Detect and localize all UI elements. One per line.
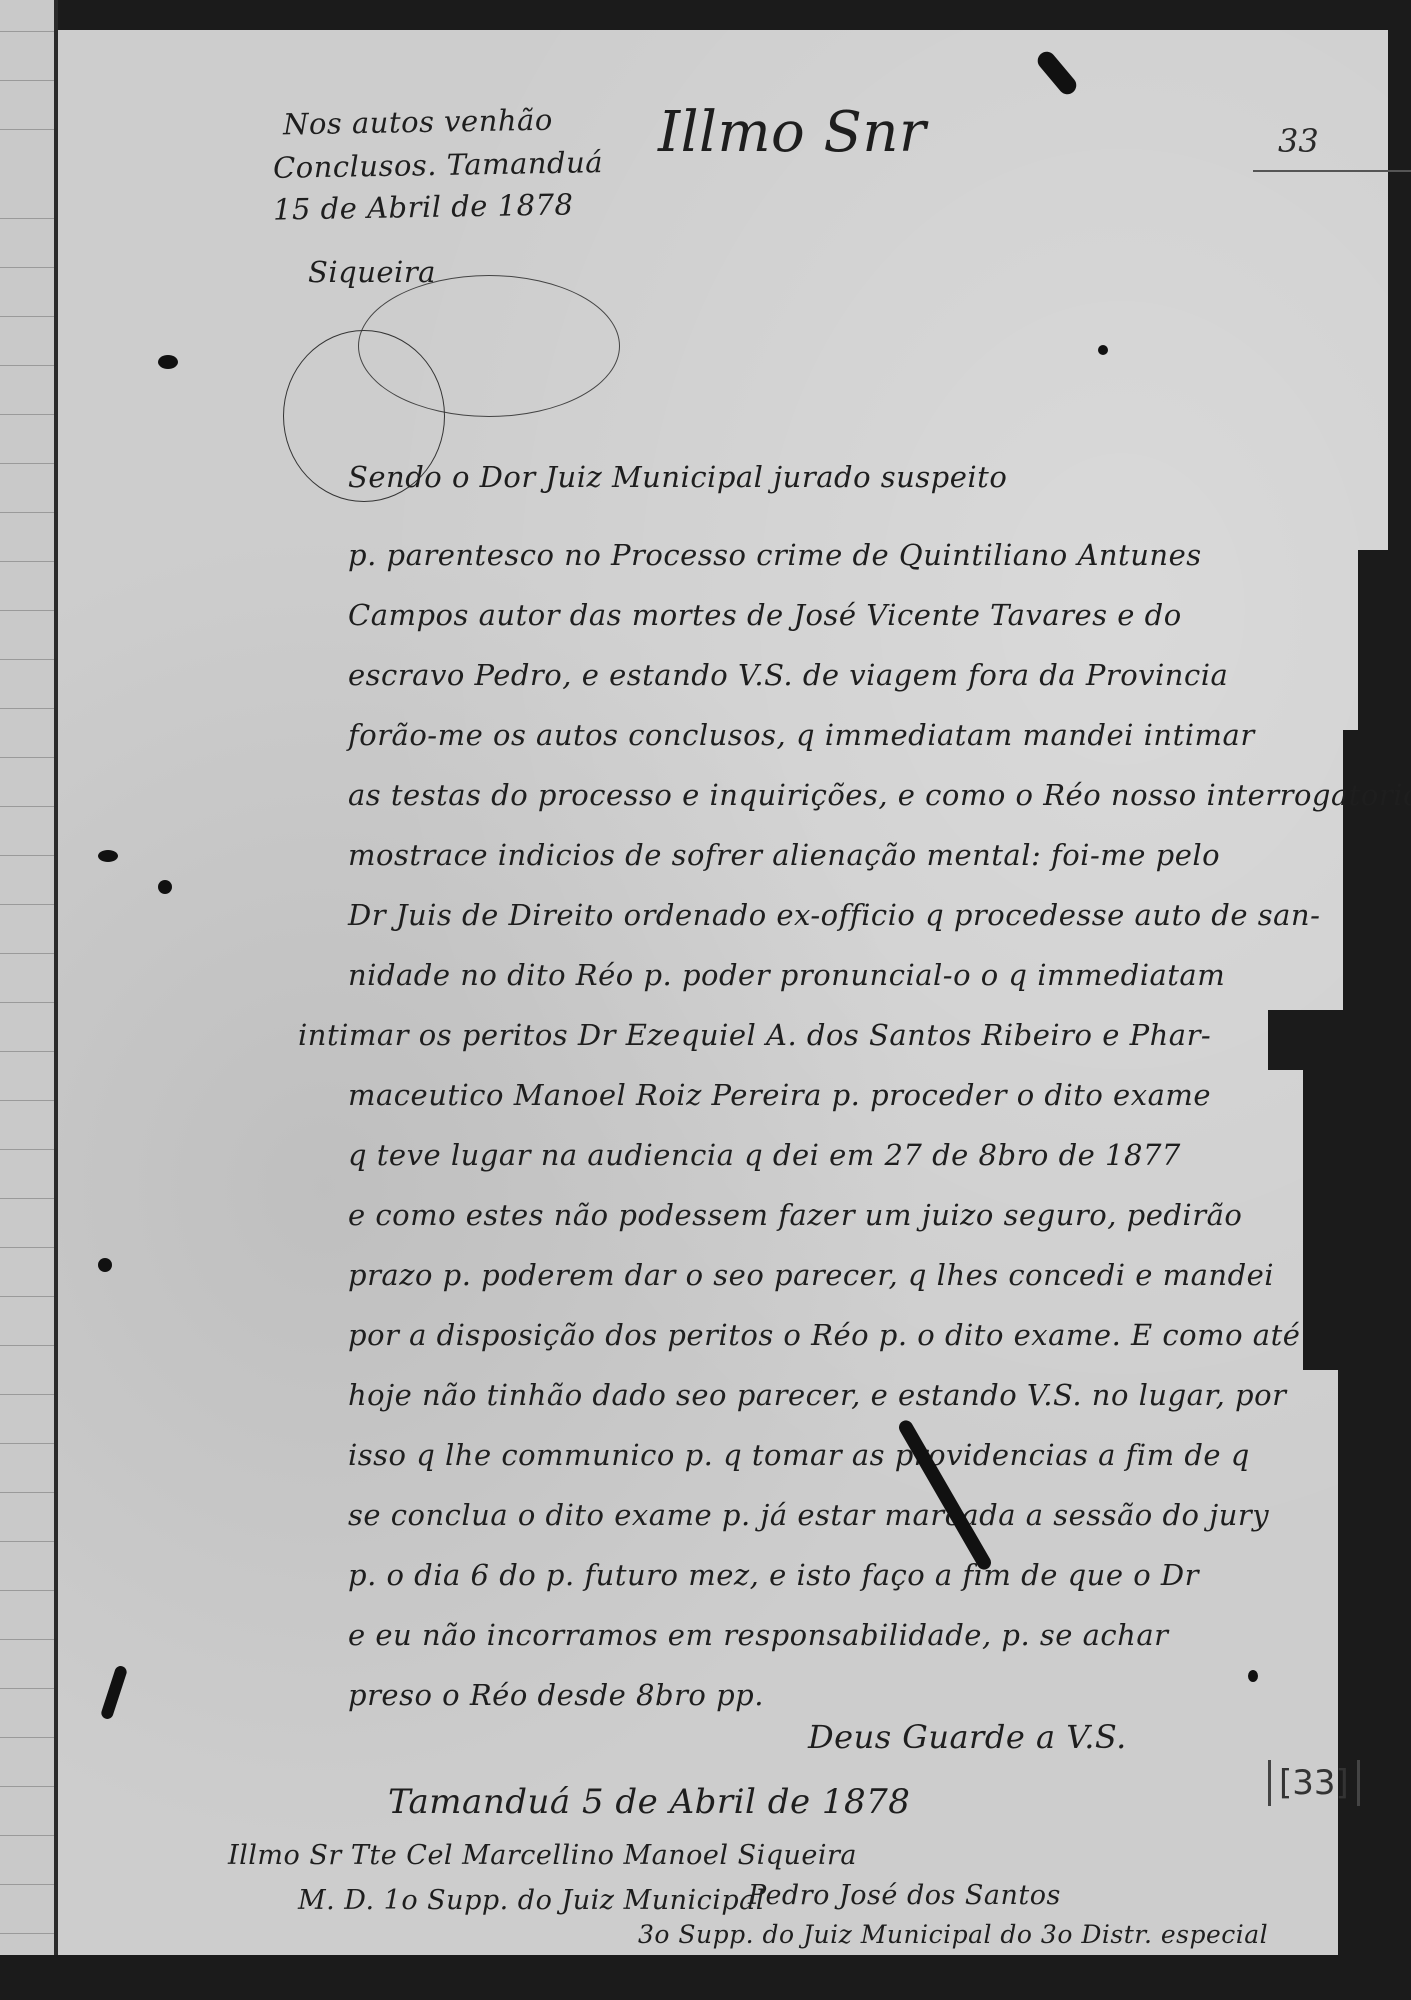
body-line: Sendo o Dor Juiz Municipal jurado suspei…: [348, 460, 1007, 494]
folio-underline: [1253, 170, 1411, 172]
signature-title: 3o Supp. do Juiz Municipal do 3o Distr. …: [638, 1920, 1268, 1949]
body-line: preso o Réo desde 8bro pp.: [348, 1678, 764, 1712]
torn-edge: [1338, 1370, 1388, 1960]
torn-edge: [1358, 550, 1388, 730]
ink-blot: [1248, 1670, 1258, 1682]
marginal-note-signature: Siqueira: [308, 255, 436, 289]
adjacent-page-ruled-strip: [0, 0, 56, 2000]
body-line: q teve lugar na audiencia q dei em 27 de…: [348, 1138, 1181, 1172]
body-line: Dr Juis de Direito ordenado ex-officio q…: [348, 898, 1320, 932]
salutation: Illmo Snr: [658, 100, 926, 165]
body-line: escravo Pedro, e estando V.S. de viagem …: [348, 658, 1228, 692]
ink-blot: [100, 1664, 128, 1720]
torn-edge: [1343, 730, 1388, 1010]
body-line: p. parentesco no Processo crime de Quint…: [348, 538, 1202, 572]
signature-name: Pedro José dos Santos: [748, 1880, 1061, 1911]
body-line: intimar os peritos Dr Ezequiel A. dos Sa…: [298, 1018, 1211, 1052]
scan-border-right: [1389, 0, 1411, 2000]
body-line: e como estes não podessem fazer um juizo…: [348, 1198, 1242, 1232]
marginal-note-line: Nos autos venhão: [283, 103, 553, 142]
place-date: Tamanduá 5 de Abril de 1878: [388, 1782, 910, 1822]
ink-blot: [98, 1258, 112, 1272]
scan-border-bottom: [0, 1955, 1411, 2000]
addressee-line: Illmo Sr Tte Cel Marcellino Manoel Sique…: [228, 1840, 857, 1871]
ink-blot: [1098, 345, 1108, 355]
body-line: Campos autor das mortes de José Vicente …: [348, 598, 1182, 632]
body-line: isso q lhe communico p. q tomar as provi…: [348, 1438, 1250, 1472]
body-line: nidade no dito Réo p. poder pronuncial-o…: [348, 958, 1225, 992]
body-line: maceutico Manoel Roiz Pereira p. procede…: [348, 1078, 1211, 1112]
ink-blot: [158, 355, 178, 369]
marginal-note-line: Conclusos. Tamanduá: [273, 145, 604, 185]
ink-blot: [1034, 48, 1080, 98]
folio-stamp: [33]: [1268, 1760, 1360, 1806]
closing-formula: Deus Guarde a V.S.: [808, 1718, 1127, 1756]
torn-edge: [1268, 1010, 1388, 1070]
body-line: as testas do processo e inquirições, e c…: [348, 778, 1411, 812]
body-line: e eu não incorramos em responsabilidade,…: [348, 1618, 1169, 1652]
ink-blot: [98, 850, 118, 862]
body-line: mostrace indicios de sofrer alienação me…: [348, 838, 1220, 872]
addressee-line: M. D. 1o Supp. do Juiz Municipal: [298, 1885, 765, 1916]
ink-blot: [158, 880, 172, 894]
body-line: por a disposição dos peritos o Réo p. o …: [348, 1318, 1300, 1352]
torn-edge: [1303, 1070, 1388, 1370]
body-line: p. o dia 6 do p. futuro mez, e isto faço…: [348, 1558, 1199, 1592]
folio-number: 33: [1278, 122, 1319, 160]
body-line: prazo p. poderem dar o seo parecer, q lh…: [348, 1258, 1274, 1292]
marginal-note-line: 15 de Abril de 1878: [273, 187, 574, 226]
body-line: hoje não tinhão dado seo parecer, e esta…: [348, 1378, 1286, 1412]
body-line: se conclua o dito exame p. já estar marc…: [348, 1498, 1269, 1532]
manuscript-page: 33 Nos autos venhão Conclusos. Tamanduá …: [58, 30, 1388, 1960]
body-line: forão-me os autos conclusos, q immediata…: [348, 718, 1255, 752]
scan-border-top: [58, 0, 1411, 30]
